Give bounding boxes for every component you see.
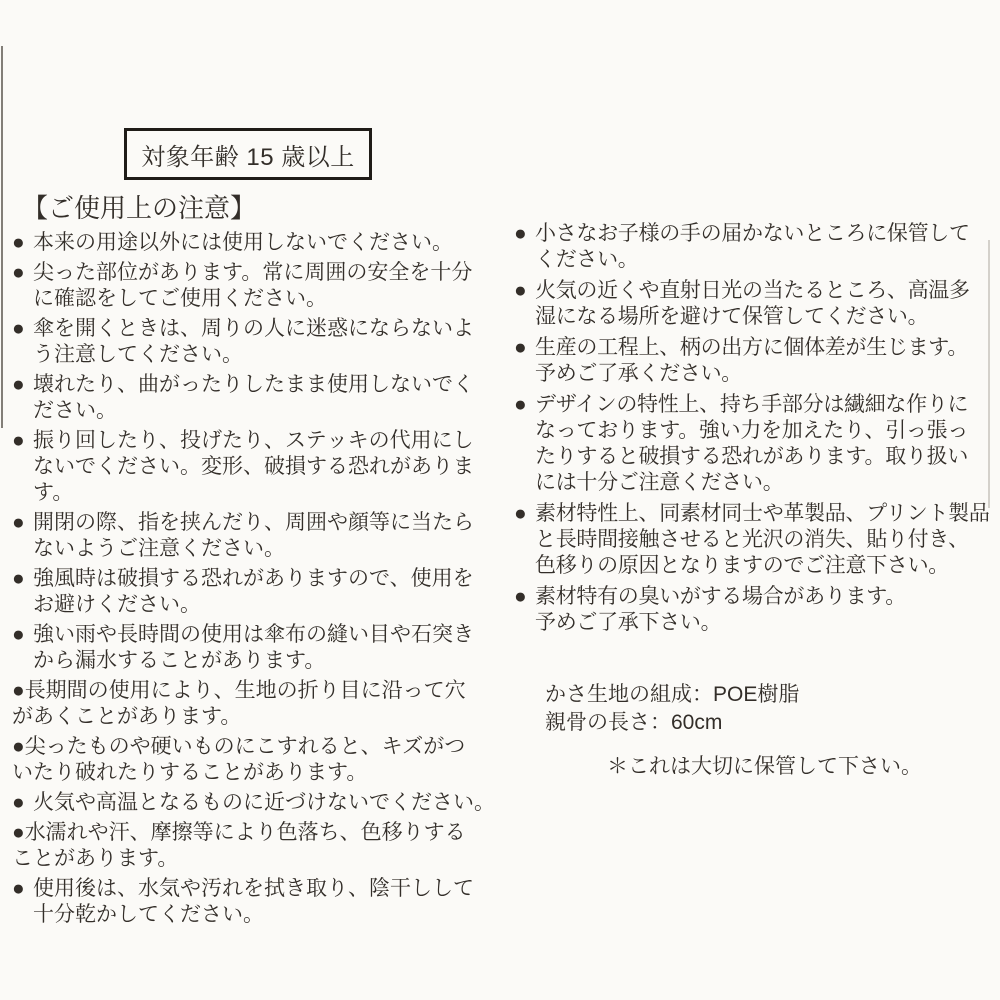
caution-item: ●使用後は、水気や汚れを拭き取り、陰干しして 十分乾かしてください。 [12, 876, 510, 928]
bullet-icon: ● [514, 501, 526, 527]
caution-item: ●小さなお子様の手の届かないところに保管して ください。 [514, 221, 1000, 273]
caution-item: ●尖った部位があります。常に周囲の安全を十分 に確認をしてご使用ください。 [12, 260, 510, 312]
caution-text: 水濡れや汗、摩擦等により色落ち、色移りする ことがあります。 [12, 821, 466, 870]
caution-item: ●生産の工程上、柄の出方に個体差が生じます。 予めご了承ください。 [514, 335, 1000, 387]
bullet-icon: ● [12, 566, 25, 592]
bullet-icon: ● [12, 510, 25, 536]
caution-text: 生産の工程上、柄の出方に個体差が生じます。 予めご了承ください。 [535, 336, 968, 385]
caution-text: 火気や高温となるものに近づけないでください。 [33, 791, 495, 814]
caution-text: 長期間の使用により、生地の折り目に沿って穴 があくことがあります。 [12, 679, 466, 728]
caution-item: ●本来の用途以外には使用しないでください。 [12, 230, 510, 256]
caution-item: ●水濡れや汗、摩擦等により色落ち、色移りする ことがあります。 [12, 820, 510, 872]
caution-text: 火気の近くや直射日光の当たるところ、高温多 湿になる場所を避けて保管してください… [535, 279, 970, 328]
bullet-icon: ● [12, 876, 25, 902]
bullet-icon: ● [514, 584, 526, 610]
bullet-icon: ● [12, 316, 25, 342]
caution-item: ●火気や高温となるものに近づけないでください。 [12, 790, 510, 816]
caution-text: 小さなお子様の手の届かないところに保管して ください。 [535, 222, 970, 271]
bullet-icon: ● [12, 230, 25, 256]
bullet-icon: ● [12, 679, 25, 702]
keep-this-note: ＊これは大切に保管して下さい。 [607, 753, 922, 780]
caution-text: 開閉の際、指を挟んだり、周囲や顔等に当たら ないようご注意ください。 [33, 511, 474, 560]
care-label-sheet: 対象年齢 15 歳以上 【ご使用上の注意】 ●本来の用途以外には使用しないでくだ… [0, 0, 1000, 1000]
caution-text: 使用後は、水気や汚れを拭き取り、陰干しして 十分乾かしてください。 [33, 877, 474, 926]
caution-item: ●長期間の使用により、生地の折り目に沿って穴 があくことがあります。 [12, 678, 510, 730]
caution-text: 強風時は破損する恐れがありますので、使用を お避けください。 [33, 567, 474, 616]
caution-text: 素材特性上、同素材同士や革製品、プリント製品 と長時間接触させると光沢の消失、貼… [535, 502, 990, 577]
product-specs: かさ生地の組成：POE樹脂 親骨の長さ：60cm [545, 681, 799, 737]
caution-text: 傘を開くときは、周りの人に迷惑にならないよ う注意してください。 [33, 317, 474, 366]
caution-item: ●振り回したり、投げたり、ステッキの代用にし ないでください。変形、破損する恐れ… [12, 428, 510, 506]
rib-length: 親骨の長さ：60cm [545, 709, 799, 737]
fabric-composition: かさ生地の組成：POE樹脂 [545, 681, 799, 709]
caution-item: ●デザインの特性上、持ち手部分は繊細な作りに なっております。強い力を加えたり、… [514, 392, 1000, 496]
age-restriction-text: 対象年齢 15 歳以上 [141, 137, 355, 172]
caution-text: 壊れたり、曲がったりしたまま使用しないでく ださい。 [33, 373, 474, 422]
bullet-icon: ● [514, 221, 526, 247]
right-column: ●小さなお子様の手の届かないところに保管して ください。 ●火気の近くや直射日光… [514, 221, 1000, 641]
caution-item: ●壊れたり、曲がったりしたまま使用しないでく ださい。 [12, 372, 510, 424]
bullet-icon: ● [12, 260, 25, 286]
caution-text: デザインの特性上、持ち手部分は繊細な作りに なっております。強い力を加えたり、引… [535, 393, 968, 494]
bullet-icon: ● [12, 821, 25, 844]
caution-item: ●火気の近くや直射日光の当たるところ、高温多 湿になる場所を避けて保管してくださ… [514, 278, 1000, 330]
caution-text: 尖った部位があります。常に周囲の安全を十分 に確認をしてご使用ください。 [33, 261, 472, 310]
section-title: 【ご使用上の注意】 [22, 191, 256, 225]
bullet-icon: ● [12, 790, 25, 816]
caution-item: ●素材特有の臭いがする場合があります。 予めご了承下さい。 [514, 584, 1000, 636]
caution-item: ●尖ったものや硬いものにこすれると、キズがつ いたり破れたりすることがあります。 [12, 734, 510, 786]
caution-text: 素材特有の臭いがする場合があります。 予めご了承下さい。 [535, 585, 906, 634]
bullet-icon: ● [12, 428, 25, 454]
bullet-icon: ● [12, 735, 25, 758]
caution-item: ●強風時は破損する恐れがありますので、使用を お避けください。 [12, 566, 510, 618]
caution-text: 振り回したり、投げたり、ステッキの代用にし ないでください。変形、破損する恐れが… [33, 429, 474, 504]
caution-item: ●素材特性上、同素材同士や革製品、プリント製品 と長時間接触させると光沢の消失、… [514, 501, 1000, 579]
bullet-icon: ● [12, 372, 25, 398]
bullet-icon: ● [514, 335, 526, 361]
caution-text: 尖ったものや硬いものにこすれると、キズがつ いたり破れたりすることがあります。 [12, 735, 465, 784]
age-restriction-box: 対象年齢 15 歳以上 [124, 128, 372, 180]
bullet-icon: ● [514, 278, 526, 304]
left-column: ●本来の用途以外には使用しないでください。 ●尖った部位があります。常に周囲の安… [12, 230, 510, 932]
caution-item: ●開閉の際、指を挟んだり、周囲や顔等に当たら ないようご注意ください。 [12, 510, 510, 562]
caution-item: ●傘を開くときは、周りの人に迷惑にならないよ う注意してください。 [12, 316, 510, 368]
caution-text: 強い雨や長時間の使用は傘布の縫い目や石突き から漏水することがあります。 [33, 623, 474, 672]
bullet-icon: ● [514, 392, 526, 418]
left-edge-scan-line [1, 46, 3, 428]
caution-item: ●強い雨や長時間の使用は傘布の縫い目や石突き から漏水することがあります。 [12, 622, 510, 674]
caution-text: 本来の用途以外には使用しないでください。 [33, 231, 453, 254]
bullet-icon: ● [12, 622, 25, 648]
